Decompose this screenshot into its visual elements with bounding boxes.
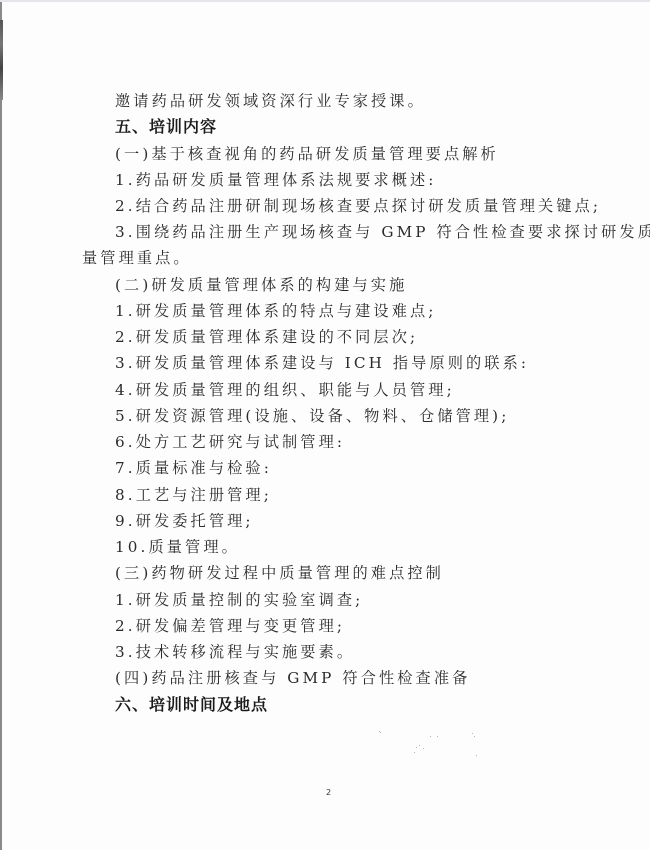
subheading-part-2: (二)研发质量管理体系的构建与实施	[115, 275, 407, 295]
list-item: 2.研发质量管理体系建设的不同层次;	[115, 327, 418, 347]
subheading-part-3: (三)药物研发过程中质量管理的难点控制	[115, 563, 444, 583]
list-item: 7.质量标准与检验:	[115, 458, 272, 478]
list-item: 2.结合药品注册研制现场核查要点探讨研发质量管理关键点;	[115, 196, 601, 216]
list-item: 8.工艺与注册管理;	[115, 485, 272, 505]
paragraph-invite-experts: 邀请药品研发领域资深行业专家授课。	[115, 91, 426, 111]
list-item: 3.研发质量管理体系建设与 ICH 指导原则的联系:	[115, 353, 529, 373]
scan-edge-shadow	[0, 20, 3, 100]
list-item: 9.研发委托管理;	[115, 511, 254, 531]
list-item: 3.围绕药品注册生产现场核查与 GMP 符合性检查要求探讨研发质	[115, 222, 650, 242]
scan-edge-left	[0, 0, 2, 850]
list-item: 1.药品研发质量管理体系法规要求概述:	[115, 170, 437, 190]
list-item-continuation: 量管理重点。	[82, 248, 192, 268]
list-item: 6.处方工艺研究与试制管理:	[115, 432, 345, 452]
scan-edge-top	[0, 0, 650, 2]
list-item: 1.研发质量管理体系的特点与建设难点;	[115, 301, 437, 321]
subheading-part-1: (一)基于核查视角的药品研发质量管理要点解析	[115, 144, 499, 164]
list-item: 10.质量管理。	[115, 537, 240, 557]
list-item: 3.技术转移流程与实施要素。	[115, 642, 355, 662]
subheading-part-4: (四)药品注册核查与 GMP 符合性检查准备	[115, 668, 470, 688]
list-item: 2.研发偏差管理与变更管理;	[115, 616, 345, 636]
section-heading-training-time-location: 六、培训时间及地点	[115, 695, 268, 715]
list-item: 5.研发资源管理(设施、设备、物料、仓储管理);	[115, 406, 509, 426]
list-item: 4.研发质量管理的组织、职能与人员管理;	[115, 380, 455, 400]
section-heading-training-content: 五、培训内容	[115, 117, 217, 137]
page-number: 2	[326, 788, 331, 797]
list-item: 1.研发质量控制的实验室调查;	[115, 590, 363, 610]
